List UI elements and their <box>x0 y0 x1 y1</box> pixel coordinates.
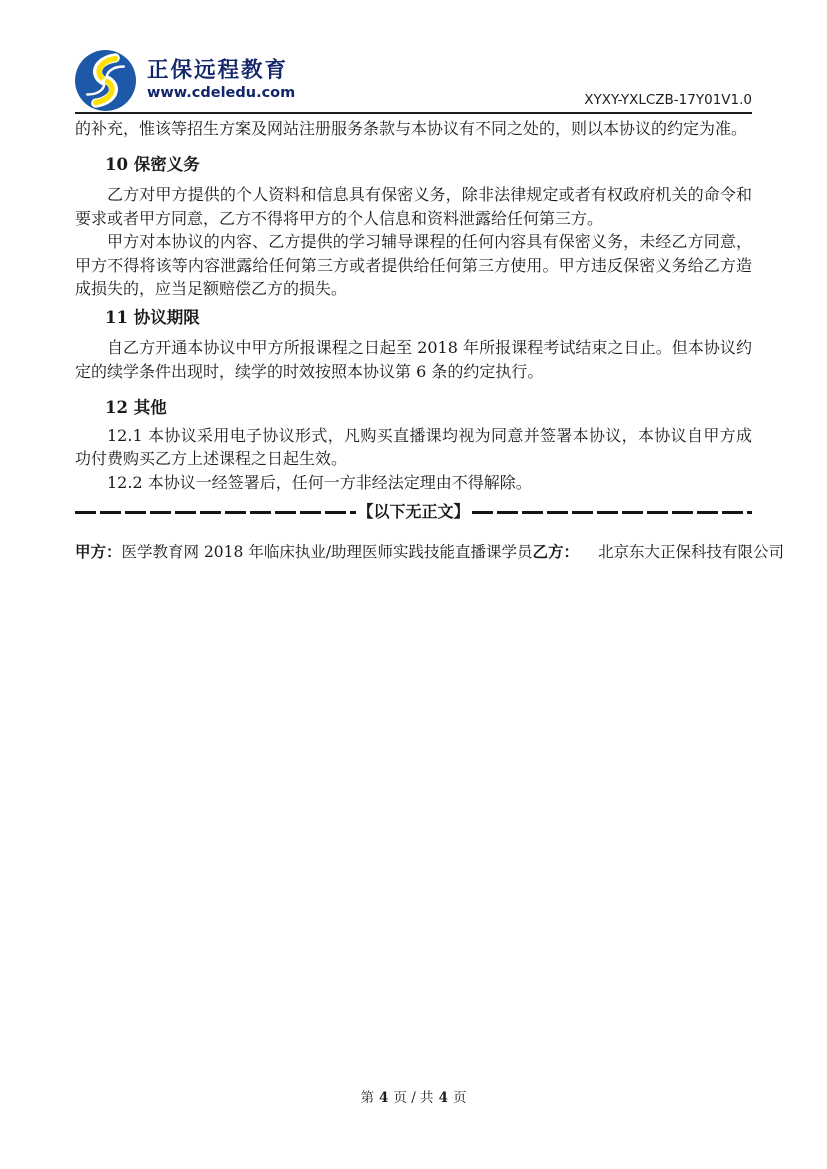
footer-total-pages: 4 <box>439 1090 448 1106</box>
section-heading: 10 保密义务 <box>75 153 752 177</box>
paragraph: 12.1 本协议采用电子协议形式，凡购买直播课均视为同意并签署本协议，本协议自甲… <box>75 424 752 471</box>
paragraph: 自乙方开通本协议中甲方所报课程之日起至 2018 年所报课程考试结束之日止。但本… <box>75 336 752 383</box>
party-b-group: 乙方： 北京东大正保科技有限公司 <box>533 540 784 565</box>
document-page: 正保远程教育 www.cdeledu.com XYXY-YXLCZB-17Y01… <box>0 0 827 1169</box>
signature-row: 甲方： 医学教育网 2018 年临床执业/助理医师实践技能直播课学员 乙方： 北… <box>75 540 752 565</box>
brand-name: 正保远程教育 <box>147 58 295 85</box>
page-footer: 第4页 / 共4页 <box>0 1086 827 1106</box>
footer-page-number: 4 <box>379 1090 388 1106</box>
section-confidentiality: 10 保密义务 乙方对甲方提供的个人资料和信息具有保密义务，除非法律规定或者有权… <box>75 153 752 301</box>
footer-text-after: 页 <box>453 1090 467 1106</box>
party-b-value: 北京东大正保科技有限公司 <box>598 543 784 561</box>
section-heading: 12 其他 <box>75 396 752 420</box>
document-code: XYXY-YXLCZB-17Y01V1.0 <box>584 92 752 108</box>
section-misc: 12 其他 12.1 本协议采用电子协议形式，凡购买直播课均视为同意并签署本协议… <box>75 396 752 494</box>
document-body: 的补充，惟该等招生方案及网站注册服务条款与本协议有不同之处的，则以本协议的约定为… <box>75 117 752 565</box>
logo-text: 正保远程教育 www.cdeledu.com <box>147 58 295 102</box>
page-header: 正保远程教育 www.cdeledu.com XYXY-YXLCZB-17Y01… <box>75 50 752 114</box>
brand-swirl-icon <box>75 50 136 111</box>
header-rule <box>75 112 752 114</box>
section-term: 11 协议期限 自乙方开通本协议中甲方所报课程之日起至 2018 年所报课程考试… <box>75 306 752 384</box>
divider-dash-line <box>472 511 753 514</box>
brand-website: www.cdeledu.com <box>147 85 295 102</box>
intro-paragraph: 的补充，惟该等招生方案及网站注册服务条款与本协议有不同之处的，则以本协议的约定为… <box>75 117 752 141</box>
footer-text-middle: 页 / 共 <box>393 1090 433 1106</box>
section-heading: 11 协议期限 <box>75 306 752 330</box>
footer-text-before: 第 <box>361 1090 375 1106</box>
end-of-text-divider: 【以下无正文】 <box>75 500 752 524</box>
paragraph: 乙方对甲方提供的个人资料和信息具有保密义务，除非法律规定或者有权政府机关的命令和… <box>75 183 752 230</box>
paragraph: 12.2 本协议一经签署后，任何一方非经法定理由不得解除。 <box>75 471 752 495</box>
divider-label: 【以下无正文】 <box>356 500 472 524</box>
divider-dash-line <box>75 511 356 514</box>
party-b-label: 乙方： <box>533 542 580 561</box>
party-a-value: 医学教育网 2018 年临床执业/助理医师实践技能直播课学员 <box>122 541 533 565</box>
party-a-label: 甲方： <box>75 540 122 564</box>
paragraph: 甲方对本协议的内容、乙方提供的学习辅导课程的任何内容具有保密义务，未经乙方同意，… <box>75 230 752 301</box>
